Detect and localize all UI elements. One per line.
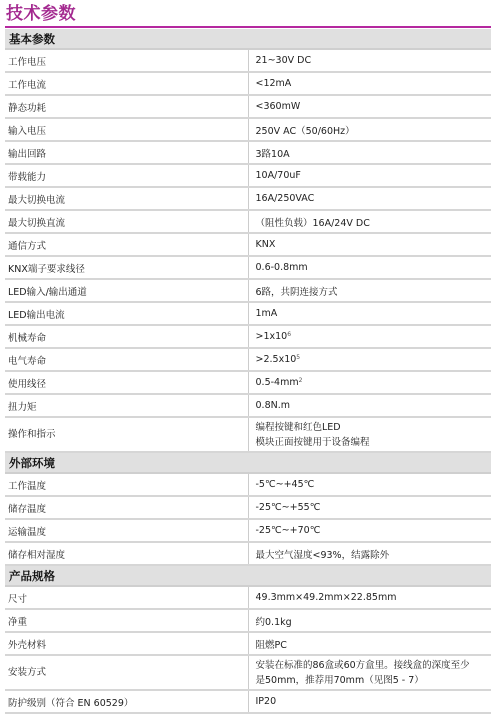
spec-key: 带载能力 [5,164,248,187]
table-row: 运输温度 -25℃~+70℃ [5,519,491,542]
value-base: >1x10 [256,331,288,342]
spec-key: 通信方式 [5,233,248,256]
value-base: >2.5x10 [256,354,297,365]
value-line: 安装在标准的86盒或60方盒里。接线盒的深度至少 [256,658,487,673]
spec-value: 约0.1kg [248,609,491,632]
value-base: 0.5-4mm [256,377,299,388]
table-row: LED输出电流 1mA [5,302,491,325]
spec-key: KNX端子要求线径 [5,256,248,279]
table-row: 工作电流 <12mA [5,72,491,95]
table-row: 工作电压 21~30V DC [5,49,491,72]
table-row: KNX端子要求线径 0.6-0.8mm [5,256,491,279]
spec-value: KNX [248,233,491,256]
spec-key: LED输入/输出通道 [5,279,248,302]
spec-value: 0.5-4mm2 [248,371,491,394]
spec-value: 21~30V DC [248,49,491,72]
spec-value: 3路10A [248,141,491,164]
spec-value: 10A/70uF [248,164,491,187]
table-row: 通信方式 KNX [5,233,491,256]
section-header-product-spec: 产品规格 [5,565,491,586]
table-row: 最大切换直流 （阻性负载）16A/24V DC [5,210,491,233]
value-exponent: 6 [287,331,291,338]
title-divider [5,26,491,28]
table-row: 工作温度 -5℃~+45℃ [5,473,491,496]
spec-value: 250V AC（50/60Hz） [248,118,491,141]
spec-key: 输入电压 [5,118,248,141]
table-row: 静态功耗 <360mW [5,95,491,118]
section-title: 产品规格 [5,565,491,586]
table-row: 扭力矩 0.8N.m [5,394,491,417]
spec-value: >2.5x105 [248,348,491,371]
value-line: 编程按键和红色LED [256,420,487,435]
table-row: 带载能力 10A/70uF [5,164,491,187]
spec-value: -25℃~+70℃ [248,519,491,542]
spec-value: 安装在标准的86盒或60方盒里。接线盒的深度至少 是50mm，推荐用70mm（见… [248,655,491,690]
spec-key: 防护级别（符合 EN 60529） [5,690,248,713]
spec-value: 49.3mm×49.2mm×22.85mm [248,586,491,609]
section-title: 外部环境 [5,452,491,473]
spec-key: LED输出电流 [5,302,248,325]
spec-value: 0.6-0.8mm [248,256,491,279]
spec-value: 1mA [248,302,491,325]
spec-key: 工作温度 [5,473,248,496]
spec-key: 机械寿命 [5,325,248,348]
spec-key: 静态功耗 [5,95,248,118]
table-row: 电气寿命 >2.5x105 [5,348,491,371]
spec-value: <360mW [248,95,491,118]
spec-value: <12mA [248,72,491,95]
spec-value: >1x106 [248,325,491,348]
spec-value: （阻性负载）16A/24V DC [248,210,491,233]
spec-value: 16A/250VAC [248,187,491,210]
spec-key: 电气寿命 [5,348,248,371]
spec-key: 安装方式 [5,655,248,690]
spec-document: 技术参数 基本参数 工作电压 21~30V DC 工作电流 <12mA 静态功耗… [5,0,491,714]
spec-key: 最大切换直流 [5,210,248,233]
spec-key: 工作电流 [5,72,248,95]
spec-key: 输出回路 [5,141,248,164]
spec-value: 6路，共阴连接方式 [248,279,491,302]
value-line: 模块正面按键用于设备编程 [256,435,487,450]
spec-key: 工作电压 [5,49,248,72]
spec-key: 运输温度 [5,519,248,542]
table-row: 储存相对湿度 最大空气湿度<93%，结露除外 [5,542,491,565]
spec-key: 尺寸 [5,586,248,609]
spec-value: 0.8N.m [248,394,491,417]
table-row: LED输入/输出通道 6路，共阴连接方式 [5,279,491,302]
table-row: 机械寿命 >1x106 [5,325,491,348]
value-line: 是50mm，推荐用70mm（见图5 - 7） [256,673,487,688]
table-row: 输入电压 250V AC（50/60Hz） [5,118,491,141]
table-row: 使用线径 0.5-4mm2 [5,371,491,394]
table-row: 操作和指示 编程按键和红色LED 模块正面按键用于设备编程 [5,417,491,452]
spec-value: -25℃~+55℃ [248,496,491,519]
spec-value: IP20 [248,690,491,713]
section-title: 基本参数 [5,29,491,49]
spec-value: 阻燃PC [248,632,491,655]
spec-value: -5℃~+45℃ [248,473,491,496]
table-row: 外壳材料 阻燃PC [5,632,491,655]
table-row: 安装方式 安装在标准的86盒或60方盒里。接线盒的深度至少 是50mm，推荐用7… [5,655,491,690]
spec-key: 操作和指示 [5,417,248,452]
value-exponent: 2 [299,377,303,384]
table-row: 储存温度 -25℃~+55℃ [5,496,491,519]
section-header-environment: 外部环境 [5,452,491,473]
table-row: 尺寸 49.3mm×49.2mm×22.85mm [5,586,491,609]
value-exponent: 5 [296,354,300,361]
table-row: 防护级别（符合 EN 60529） IP20 [5,690,491,713]
spec-key: 储存相对湿度 [5,542,248,565]
spec-key: 储存温度 [5,496,248,519]
spec-value: 编程按键和红色LED 模块正面按键用于设备编程 [248,417,491,452]
spec-key: 外壳材料 [5,632,248,655]
spec-value: 最大空气湿度<93%，结露除外 [248,542,491,565]
spec-key: 净重 [5,609,248,632]
spec-table: 基本参数 工作电压 21~30V DC 工作电流 <12mA 静态功耗 <360… [5,29,491,714]
page-title: 技术参数 [5,0,491,26]
spec-key: 扭力矩 [5,394,248,417]
spec-key: 使用线径 [5,371,248,394]
section-header-basic: 基本参数 [5,29,491,49]
table-row: 净重 约0.1kg [5,609,491,632]
table-row: 输出回路 3路10A [5,141,491,164]
spec-key: 最大切换电流 [5,187,248,210]
table-row: 最大切换电流 16A/250VAC [5,187,491,210]
